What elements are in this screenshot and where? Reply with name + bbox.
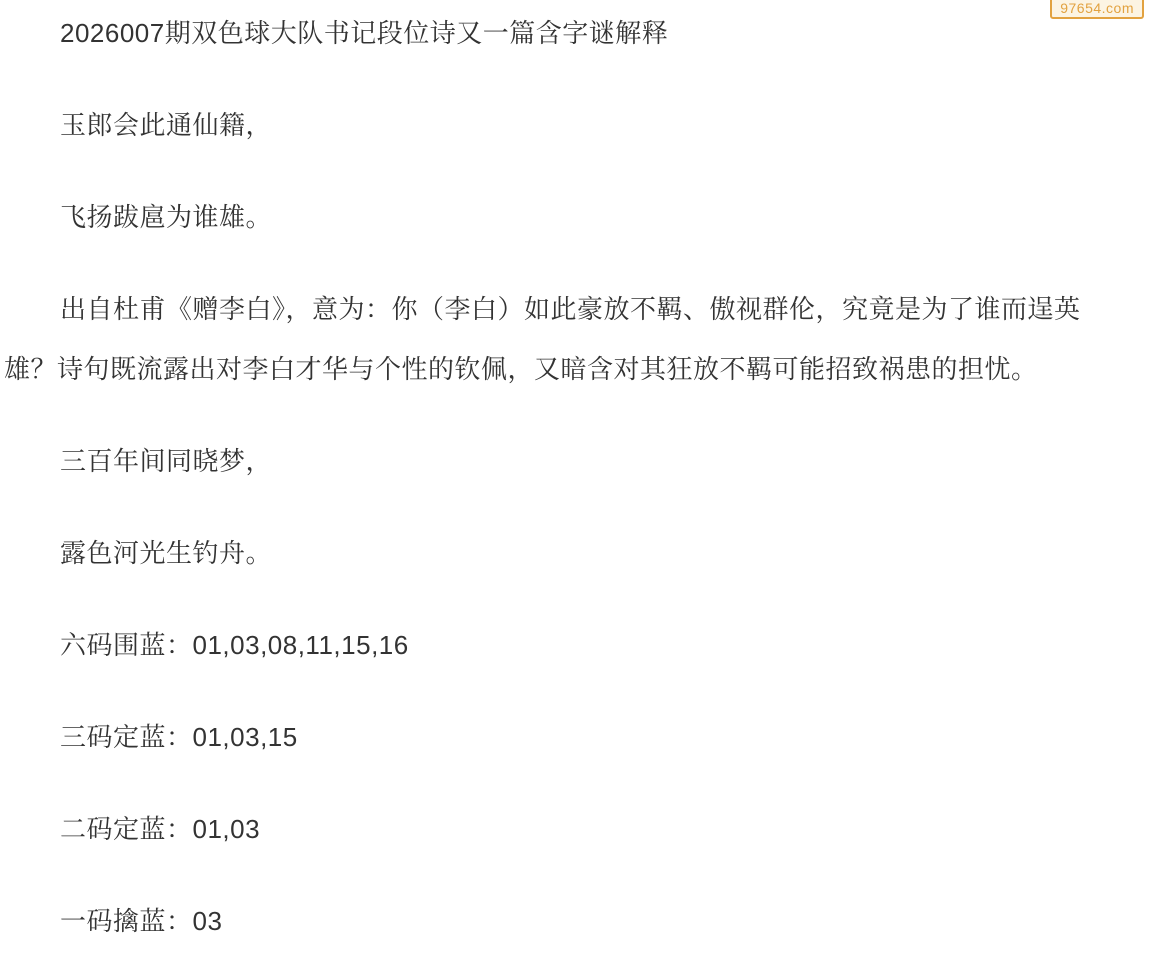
prediction-two-code-blue: 二码定蓝：01,03 [4, 799, 1109, 859]
prediction-one-code-blue: 一码擒蓝：03 [4, 891, 1109, 951]
poem-line-2: 飞扬跋扈为谁雄。 [4, 187, 1109, 247]
prediction-three-code-blue: 三码定蓝：01,03,15 [4, 707, 1109, 767]
poem-line-3: 三百年间同晓梦， [4, 431, 1109, 491]
poem-explanation: 出自杜甫《赠李白》，意为：你（李白）如此豪放不羁、傲视群伦，究竟是为了谁而逞英雄… [4, 279, 1109, 399]
poem-line-4: 露色河光生钓舟。 [4, 523, 1109, 583]
article-body: 2026007期双色球大队书记段位诗又一篇含字谜解释 玉郎会此通仙籍， 飞扬跋扈… [0, 3, 1150, 951]
prediction-six-code-blue: 六码围蓝：01,03,08,11,15,16 [4, 615, 1109, 675]
watermark-badge: 97654.com [1050, 0, 1144, 19]
poem-line-1: 玉郎会此通仙籍， [4, 95, 1109, 155]
article-title: 2026007期双色球大队书记段位诗又一篇含字谜解释 [4, 3, 1109, 63]
